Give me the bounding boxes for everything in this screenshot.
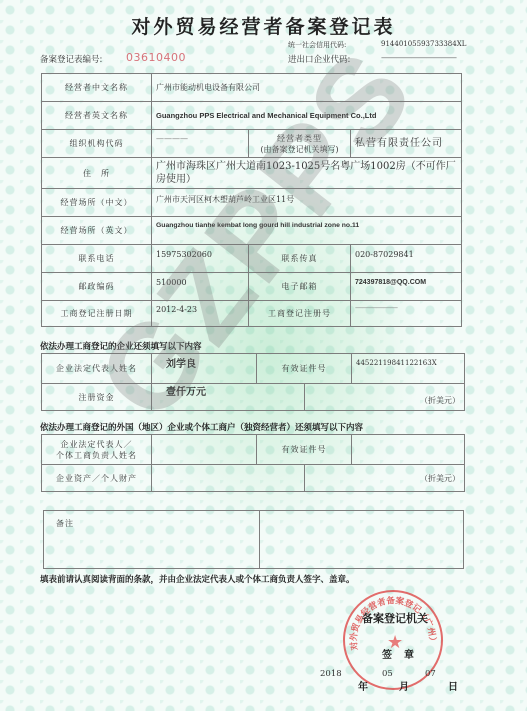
date-day: 07 <box>425 669 436 679</box>
operator-type-subtitle: (由备案登记机关填写) <box>253 144 346 155</box>
capital-label: 注册资金 <box>42 384 152 411</box>
capital-value: 壹仟万元 <box>152 384 305 411</box>
fax-value: 020-87029841 <box>351 245 462 273</box>
foreign-rep-label-line2: 个体工商负责人姓名 <box>46 450 147 461</box>
date-month: 05 <box>382 669 393 679</box>
enterprise-id-value: 44522119841122163X <box>352 354 465 384</box>
reg-date-label: 工商登记注册日期 <box>42 301 152 327</box>
operator-type-label: 经营者类型 (由备案登记机关填写) <box>249 130 351 158</box>
postcode-value: 510000 <box>152 273 249 301</box>
premises-en-value: Guangzhou tianhe kembat long gourd hill … <box>152 217 462 245</box>
postcode-label: 邮政编码 <box>42 273 152 301</box>
operator-type-value: 私营有限责任公司 <box>351 130 462 158</box>
capital-usd-label: （折美元） <box>305 384 465 411</box>
assets-value <box>152 465 305 492</box>
foreign-rep-value <box>152 435 257 465</box>
footer-instruction: 填表前请认真阅读背面的条款，并由企业法定代表人或个体工商负责人签字、盖章。 <box>40 573 355 585</box>
cn-name-value: 广州市能动机电设备有限公司 <box>152 74 462 102</box>
foreign-rep-label: 企业法定代表人／ 个体工商负责人姓名 <box>42 435 152 465</box>
legal-rep-value: 刘学良 <box>152 354 257 384</box>
remarks-label: 备注 <box>44 511 260 569</box>
foreign-section-note: 依法办理工商登记的外国（地区）企业或个体工商户（独资经营者）还须填写以下内容 <box>40 421 363 433</box>
foreign-rep-label-line1: 企业法定代表人／ <box>46 439 147 450</box>
import-export-code-label: 进出口企业代码: <box>288 53 350 65</box>
email-value: 724397818@QQ.COM <box>351 273 462 301</box>
date-month-unit: 月 <box>399 678 409 693</box>
remarks-table: 备注 <box>43 510 464 569</box>
reg-no-label: 工商登记注册号 <box>249 301 351 327</box>
legal-rep-label: 企业法定代表人姓名 <box>42 354 152 384</box>
date-year: 2018 <box>320 669 342 679</box>
import-export-code-value: —————————— <box>381 53 456 63</box>
email-label: 电子邮箱 <box>249 273 351 301</box>
table-row: 住 所 广州市海珠区广州大道南1023-1025号名粤广场1002房（不可作厂房… <box>42 158 462 189</box>
en-name-value: Guangzhou PPS Electrical and Mechanical … <box>152 102 462 130</box>
phone-label: 联系电话 <box>42 245 152 273</box>
foreign-id-label: 有效证件号 <box>257 435 352 465</box>
phone-value: 15975302060 <box>152 245 249 273</box>
premises-cn-label: 经营场所（中文） <box>42 189 152 217</box>
table-row: 组织机构代码 ———— 经营者类型 (由备案登记机关填写) 私营有限责任公司 <box>42 130 462 158</box>
assets-label: 企业资产／个人财产 <box>42 465 152 492</box>
table-row: 企业法定代表人姓名 刘学良 有效证件号 44522119841122163X <box>42 354 465 384</box>
main-registration-table: 经营者中文名称 广州市能动机电设备有限公司 经营者英文名称 Guangzhou … <box>41 73 462 327</box>
domicile-label: 住 所 <box>42 158 152 189</box>
table-row: 经营者中文名称 广州市能动机电设备有限公司 <box>42 74 462 102</box>
table-row: 邮政编码 510000 电子邮箱 724397818@QQ.COM <box>42 273 462 301</box>
reg-date-value: 2012-4-23 <box>152 301 249 327</box>
table-row: 工商登记注册日期 2012-4-23 工商登记注册号 —————— <box>42 301 462 327</box>
assets-usd-label: （折美元） <box>305 465 465 492</box>
table-row: 企业资产／个人财产 （折美元） <box>42 465 465 492</box>
enterprise-id-label: 有效证件号 <box>257 354 352 384</box>
foreign-table: 企业法定代表人／ 个体工商负责人姓名 有效证件号 企业资产／个人财产 （折美元） <box>41 434 465 492</box>
foreign-id-value <box>352 435 465 465</box>
table-row: 经营场所（英文） Guangzhou tianhe kembat long go… <box>42 217 462 245</box>
credit-code-label: 统一社会信用代码: <box>288 40 346 50</box>
fax-label: 联系传真 <box>249 245 351 273</box>
table-row: 联系电话 15975302060 联系传真 020-87029841 <box>42 245 462 273</box>
table-row: 注册资金 壹仟万元 （折美元） <box>42 384 465 411</box>
seal-label: 签章 <box>382 646 426 661</box>
cn-name-label: 经营者中文名称 <box>42 74 152 102</box>
premises-en-label: 经营场所（英文） <box>42 217 152 245</box>
enterprise-section-note: 依法办理工商登记的企业还须填写以下内容 <box>40 340 202 352</box>
date-day-unit: 日 <box>448 678 458 693</box>
credit-code-value: 91440105593733384XL <box>381 40 466 48</box>
org-code-value: ———— <box>152 130 249 158</box>
registration-no-label: 备案登记表编号: <box>40 53 102 65</box>
date-year-unit: 年 <box>358 678 368 693</box>
enterprise-table: 企业法定代表人姓名 刘学良 有效证件号 44522119841122163X 注… <box>41 353 465 411</box>
document-title: 对外贸易经营者备案登记表 <box>0 12 527 39</box>
domicile-value: 广州市海珠区广州大道南1023-1025号名粤广场1002房（不可作厂房使用） <box>152 158 462 189</box>
registration-no-value: 03610400 <box>126 51 186 64</box>
table-row: 经营者英文名称 Guangzhou PPS Electrical and Mec… <box>42 102 462 130</box>
premises-cn-value: 广州市天河区柯木塱葫芦岭工业区11号 <box>152 189 462 217</box>
table-row: 备注 <box>44 511 464 569</box>
reg-no-value: —————— <box>351 301 462 327</box>
authority-label: 备案登记机关 <box>362 610 428 626</box>
en-name-label: 经营者英文名称 <box>42 102 152 130</box>
table-row: 企业法定代表人／ 个体工商负责人姓名 有效证件号 <box>42 435 465 465</box>
org-code-label: 组织机构代码 <box>42 130 152 158</box>
table-row: 经营场所（中文） 广州市天河区柯木塱葫芦岭工业区11号 <box>42 189 462 217</box>
operator-type-title: 经营者类型 <box>253 133 346 144</box>
remarks-value <box>260 511 464 569</box>
